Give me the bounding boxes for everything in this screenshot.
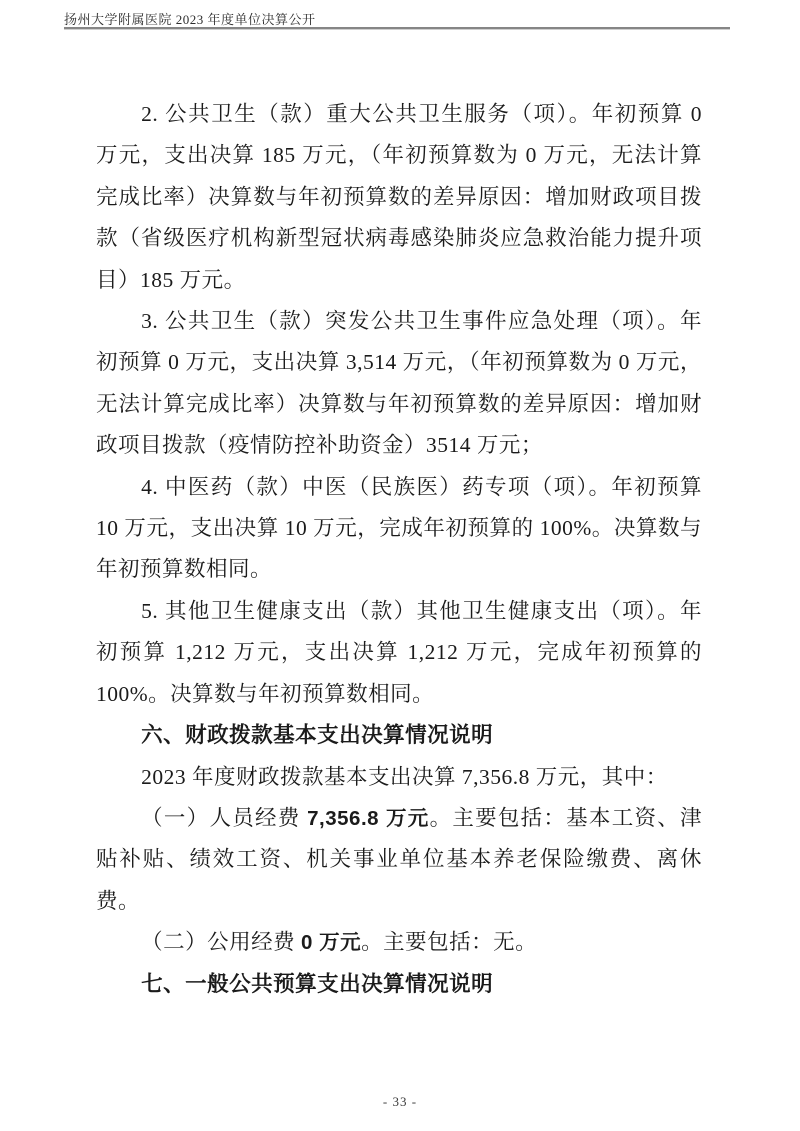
- page-footer: - 33 -: [0, 1094, 800, 1110]
- section-6-item-1: （一）人员经费 7,356.8 万元。主要包括：基本工资、津贴补贴、绩效工资、机…: [96, 798, 702, 922]
- document-page: 扬州大学附属医院 2023 年度单位决算公开 2. 公共卫生（款）重大公共卫生服…: [0, 0, 800, 1131]
- paragraph-item-2: 2. 公共卫生（款）重大公共卫生服务（项）。年初预算 0 万元，支出决算 185…: [96, 94, 702, 301]
- section-6-item-2-prefix: （二）公用经费: [141, 930, 301, 954]
- section-6-item-1-amount: 7,356.8 万元: [307, 807, 429, 830]
- section-6-item-2-amount: 0 万元: [301, 931, 361, 954]
- paragraph-item-5: 5. 其他卫生健康支出（款）其他卫生健康支出（项）。年初预算 1,212 万元，…: [96, 591, 702, 715]
- page-number: - 33 -: [383, 1094, 417, 1109]
- section-6-item-2-suffix: 。主要包括：无。: [361, 930, 537, 954]
- section-6-intro: 2023 年度财政拨款基本支出决算 7,356.8 万元，其中：: [96, 757, 702, 798]
- section-6-heading: 六、财政拨款基本支出决算情况说明: [96, 715, 702, 756]
- header-divider: [64, 27, 730, 30]
- section-6-item-1-prefix: （一）人员经费: [141, 806, 307, 830]
- section-6-item-2: （二）公用经费 0 万元。主要包括：无。: [96, 922, 702, 963]
- paragraph-item-3: 3. 公共卫生（款）突发公共卫生事件应急处理（项）。年初预算 0 万元，支出决算…: [96, 301, 702, 467]
- running-header-title: 扬州大学附属医院 2023 年度单位决算公开: [64, 9, 316, 28]
- paragraph-item-4: 4. 中医药（款）中医（民族医）药专项（项）。年初预算 10 万元，支出决算 1…: [96, 467, 702, 591]
- section-7-heading: 七、一般公共预算支出决算情况说明: [96, 964, 702, 1005]
- document-body: 2. 公共卫生（款）重大公共卫生服务（项）。年初预算 0 万元，支出决算 185…: [96, 94, 702, 1005]
